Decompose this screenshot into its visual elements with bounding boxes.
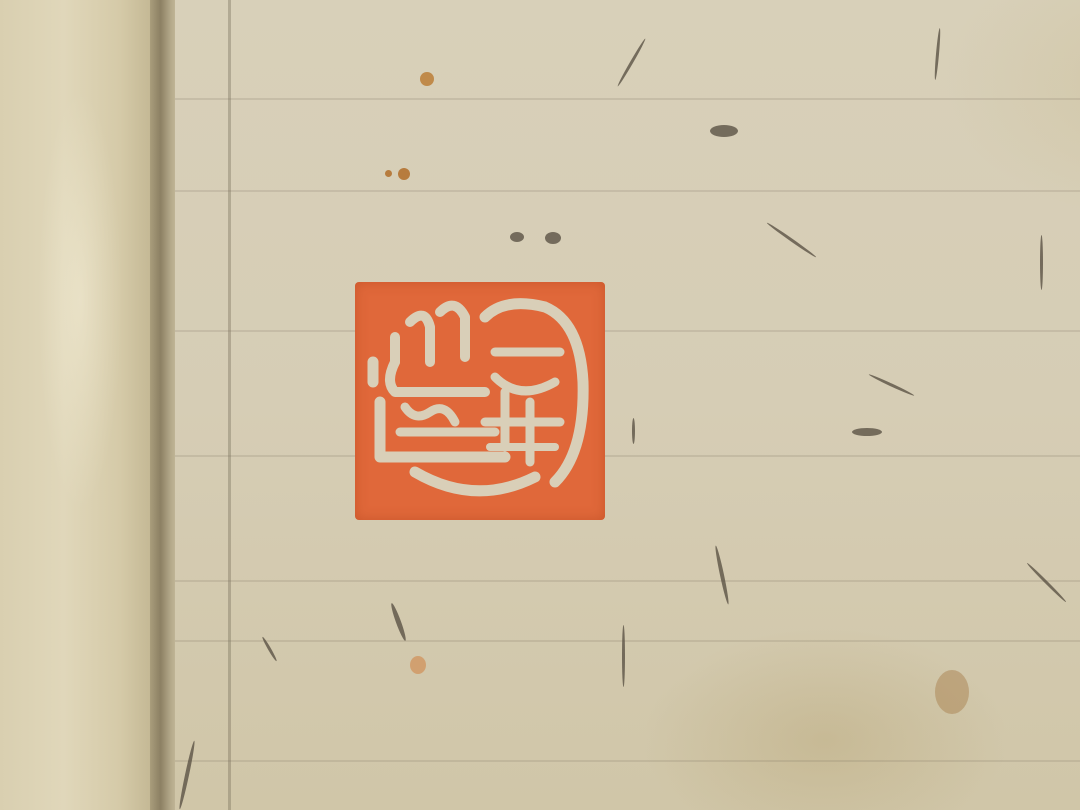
paper-spot: [398, 168, 410, 180]
paper-laid-line: [175, 455, 1080, 457]
paper-laid-line: [175, 640, 1080, 642]
seal-script-characters: [355, 282, 605, 520]
paper-laid-line: [175, 580, 1080, 582]
paper-fiber: [622, 625, 625, 687]
red-seal-stamp: seal-script characters: [355, 282, 605, 520]
paper-spot: [410, 656, 426, 674]
left-page: [0, 0, 160, 810]
paper-spot: [420, 72, 434, 86]
photo-scene: seal-script characters: [0, 0, 1080, 810]
paper-fiber: [1040, 235, 1043, 290]
paper-fiber: [510, 232, 524, 242]
paper-laid-line: [175, 98, 1080, 100]
paper-laid-line: [175, 190, 1080, 192]
paper-fiber: [632, 418, 635, 444]
paper-fiber: [710, 125, 738, 137]
paper-laid-line: [175, 330, 1080, 332]
paper-fiber: [852, 428, 882, 436]
paper-stain: [935, 670, 969, 714]
paper-spot: [385, 170, 392, 177]
page-edge-line: [228, 0, 231, 810]
paper-fiber: [545, 232, 561, 244]
paper-laid-line: [175, 760, 1080, 762]
